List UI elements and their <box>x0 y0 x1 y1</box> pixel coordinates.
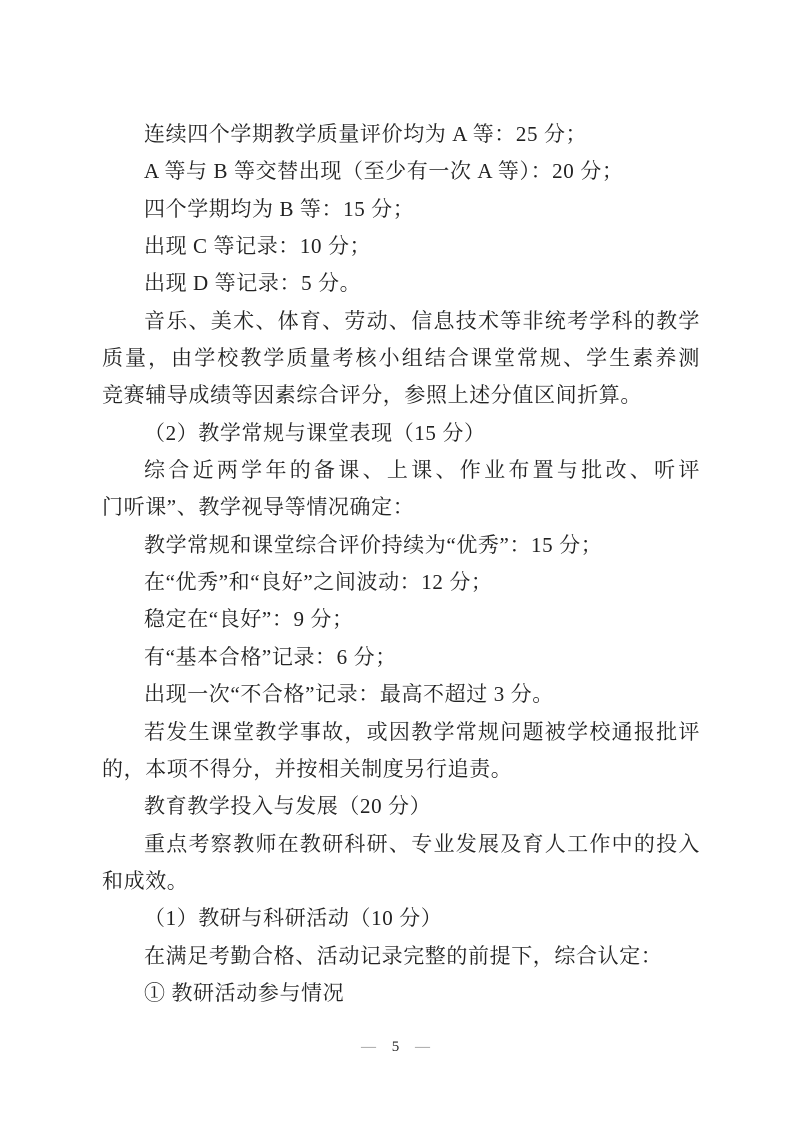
text-line: 质量，由学校教学质量考核小组结合课堂常规、学生素养测试、 <box>102 340 700 377</box>
text-line: 稳定在“良好”：9 分； <box>102 601 700 638</box>
text-line: 重点考察教师在教研科研、专业发展及育人工作中的投入 <box>102 826 700 863</box>
footer-dash-right: — <box>415 1039 432 1055</box>
text-line: 门听课”、教学视导等情况确定： <box>102 489 700 526</box>
text-line: 竞赛辅导成绩等因素综合评分，参照上述分值区间折算。 <box>102 377 700 414</box>
text-line: 音乐、美术、体育、劳动、信息技术等非统考学科的教学 <box>102 303 700 340</box>
text-line: 教学常规和课堂综合评价持续为“优秀”：15 分； <box>102 527 700 564</box>
text-line: 出现一次“不合格”记录：最高不超过 3 分。 <box>102 676 700 713</box>
text-line: 有“基本合格”记录：6 分； <box>102 639 700 676</box>
page-number: 5 <box>384 1039 410 1055</box>
text-line: A 等与 B 等交替出现（至少有一次 A 等）：20 分； <box>102 153 700 190</box>
text-line: （2）教学常规与课堂表现（15 分） <box>102 415 700 452</box>
text-line: 在“优秀”和“良好”之间波动：12 分； <box>102 564 700 601</box>
text-line: 综合近两学年的备课、上课、作业布置与批改、听评课、“推 <box>102 452 700 489</box>
text-line: 连续四个学期教学质量评价均为 A 等：25 分； <box>102 116 700 153</box>
document-body: 连续四个学期教学质量评价均为 A 等：25 分；A 等与 B 等交替出现（至少有… <box>102 116 700 1012</box>
text-line: 出现 D 等记录：5 分。 <box>102 265 700 302</box>
page-footer: — 5 — <box>0 1036 793 1058</box>
footer-dash-left: — <box>361 1039 378 1055</box>
text-line: 和成效。 <box>102 863 700 900</box>
text-line: （1）教研与科研活动（10 分） <box>102 900 700 937</box>
document-page: 连续四个学期教学质量评价均为 A 等：25 分；A 等与 B 等交替出现（至少有… <box>0 0 793 1122</box>
text-line: 出现 C 等记录：10 分； <box>102 228 700 265</box>
text-line: 在满足考勤合格、活动记录完整的前提下，综合认定： <box>102 938 700 975</box>
text-line: 四个学期均为 B 等：15 分； <box>102 191 700 228</box>
text-line: ① 教研活动参与情况 <box>102 975 700 1012</box>
text-line: 若发生课堂教学事故，或因教学常规问题被学校通报批评 <box>102 714 700 751</box>
text-line: 教育教学投入与发展（20 分） <box>102 788 700 825</box>
text-line: 的，本项不得分，并按相关制度另行追责。 <box>102 751 700 788</box>
